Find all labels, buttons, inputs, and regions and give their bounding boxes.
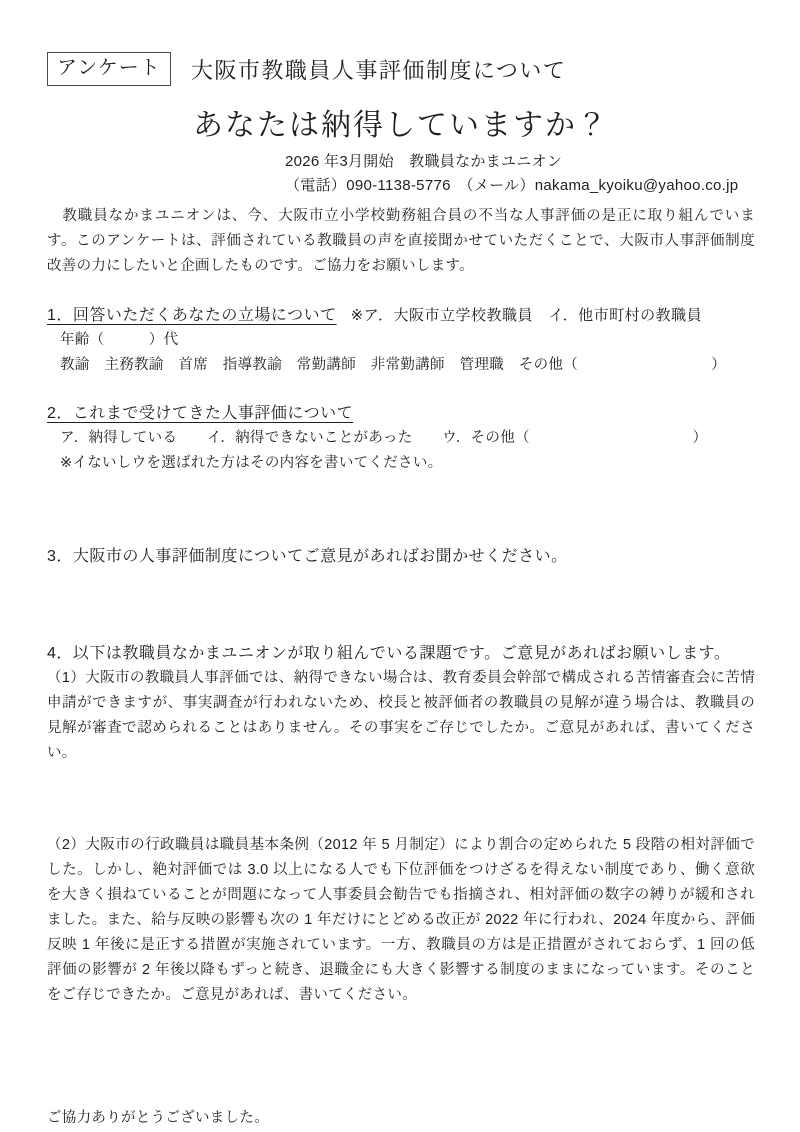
question1-role-options-line: 教諭 主務教諭 首席 指導教諭 常勤講師 非常勤講師 管理職 その他（ ） bbox=[60, 353, 755, 378]
question-2: 2．これまで受けてきた人事評価について ア．納得している イ．納得できないことが… bbox=[47, 401, 755, 476]
question-3: 3．大阪市の人事評価制度についてご意見があればお聞かせください。 bbox=[47, 544, 755, 569]
question-4: 4．以下は教職員なかまユニオンが取り組んでいる課題です。ご意見があればお願いしま… bbox=[47, 641, 755, 1008]
document-title: 大阪市教職員人事評価制度について bbox=[191, 54, 567, 85]
question2-answer-space bbox=[47, 476, 755, 544]
question3-answer-space bbox=[47, 569, 755, 641]
start-date-organization: 2026 年3月開始 教職員なかまユニオン bbox=[285, 150, 755, 174]
closing-thanks: ご協力ありがとうございました。 bbox=[47, 1106, 755, 1131]
question2-note: ※イないしウを選ばれた方はその内容を書いてください。 bbox=[60, 451, 755, 476]
question-1: 1．回答いただくあなたの立場について※ア．大阪市立学校教職員 イ．他市町村の教職… bbox=[47, 303, 755, 378]
question4-heading: 4．以下は教職員なかまユニオンが取り組んでいる課題です。ご意見があればお願いしま… bbox=[47, 641, 755, 666]
document-meta: 2026 年3月開始 教職員なかまユニオン （電話）090-1138-5776 … bbox=[285, 150, 755, 198]
question4-item1-answer-space bbox=[47, 766, 755, 833]
survey-badge: アンケート bbox=[47, 52, 171, 86]
contact-info: （電話）090-1138-5776 （メール）nakama_kyoiku@yah… bbox=[285, 174, 755, 198]
question4-item2-paragraph: （2）大阪市の行政職員は職員基本条例（2012 年 5 月制定）により割合の定め… bbox=[47, 833, 755, 1008]
question2-heading: 2．これまで受けてきた人事評価について bbox=[47, 405, 353, 422]
question4-item1-paragraph: （1）大阪市の教職員人事評価では、納得できない場合は、教育委員会幹部で構成される… bbox=[47, 666, 755, 766]
question2-options-line: ア．納得している イ．納得できないことがあった ウ．その他（ ） bbox=[60, 426, 755, 451]
intro-paragraph: 教職員なかまユニオンは、今、大阪市立小学校勤務組合員の不当な人事評価の是正に取り… bbox=[47, 204, 755, 279]
survey-document-page: アンケート 大阪市教職員人事評価制度について あなたは納得していますか？ 202… bbox=[0, 0, 800, 1132]
question1-heading: 1．回答いただくあなたの立場について bbox=[47, 307, 337, 324]
question3-heading: 3．大阪市の人事評価制度についてご意見があればお聞かせください。 bbox=[47, 544, 755, 569]
document-header: アンケート 大阪市教職員人事評価制度について bbox=[47, 52, 755, 86]
main-question-title: あなたは納得していますか？ bbox=[47, 100, 755, 144]
question1-age-blank-line: 年齢（ ）代 bbox=[60, 328, 755, 353]
question1-choices-note: ※ア．大阪市立学校教職員 イ．他市町村の教職員 bbox=[351, 307, 703, 324]
